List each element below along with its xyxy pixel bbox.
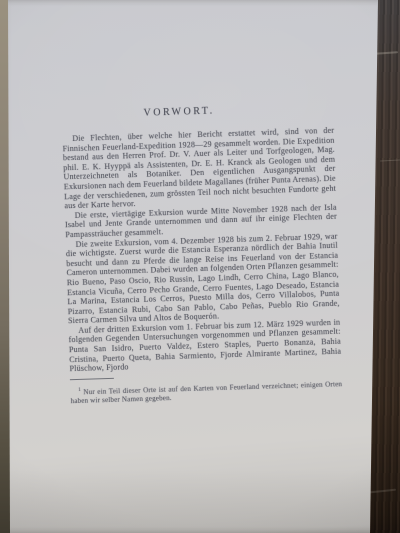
book-page: VORWORT. Die Flechten, über welche hier …	[0, 0, 400, 533]
photo-of-book-page: VORWORT. Die Flechten, über welche hier …	[0, 0, 400, 533]
body-paragraph: Die Flechten, über welche hier Bericht e…	[62, 126, 336, 211]
footnote-text: Nur ein Teil dieser Orte ist auf den Kar…	[70, 380, 342, 405]
footnote: 1 Nur ein Teil dieser Orte ist auf den K…	[70, 379, 342, 406]
page-title: VORWORT.	[143, 102, 333, 119]
body-paragraph: Die zweite Exkursion, vom 4. Dezember 19…	[66, 231, 341, 326]
footnote-separator-rule	[70, 378, 114, 380]
body-paragraph: Auf der dritten Exkursion vom 1. Februar…	[68, 318, 341, 374]
foreword-body: Die Flechten, über welche hier Bericht e…	[62, 126, 341, 374]
printed-text-block: VORWORT. Die Flechten, über welche hier …	[61, 94, 343, 413]
